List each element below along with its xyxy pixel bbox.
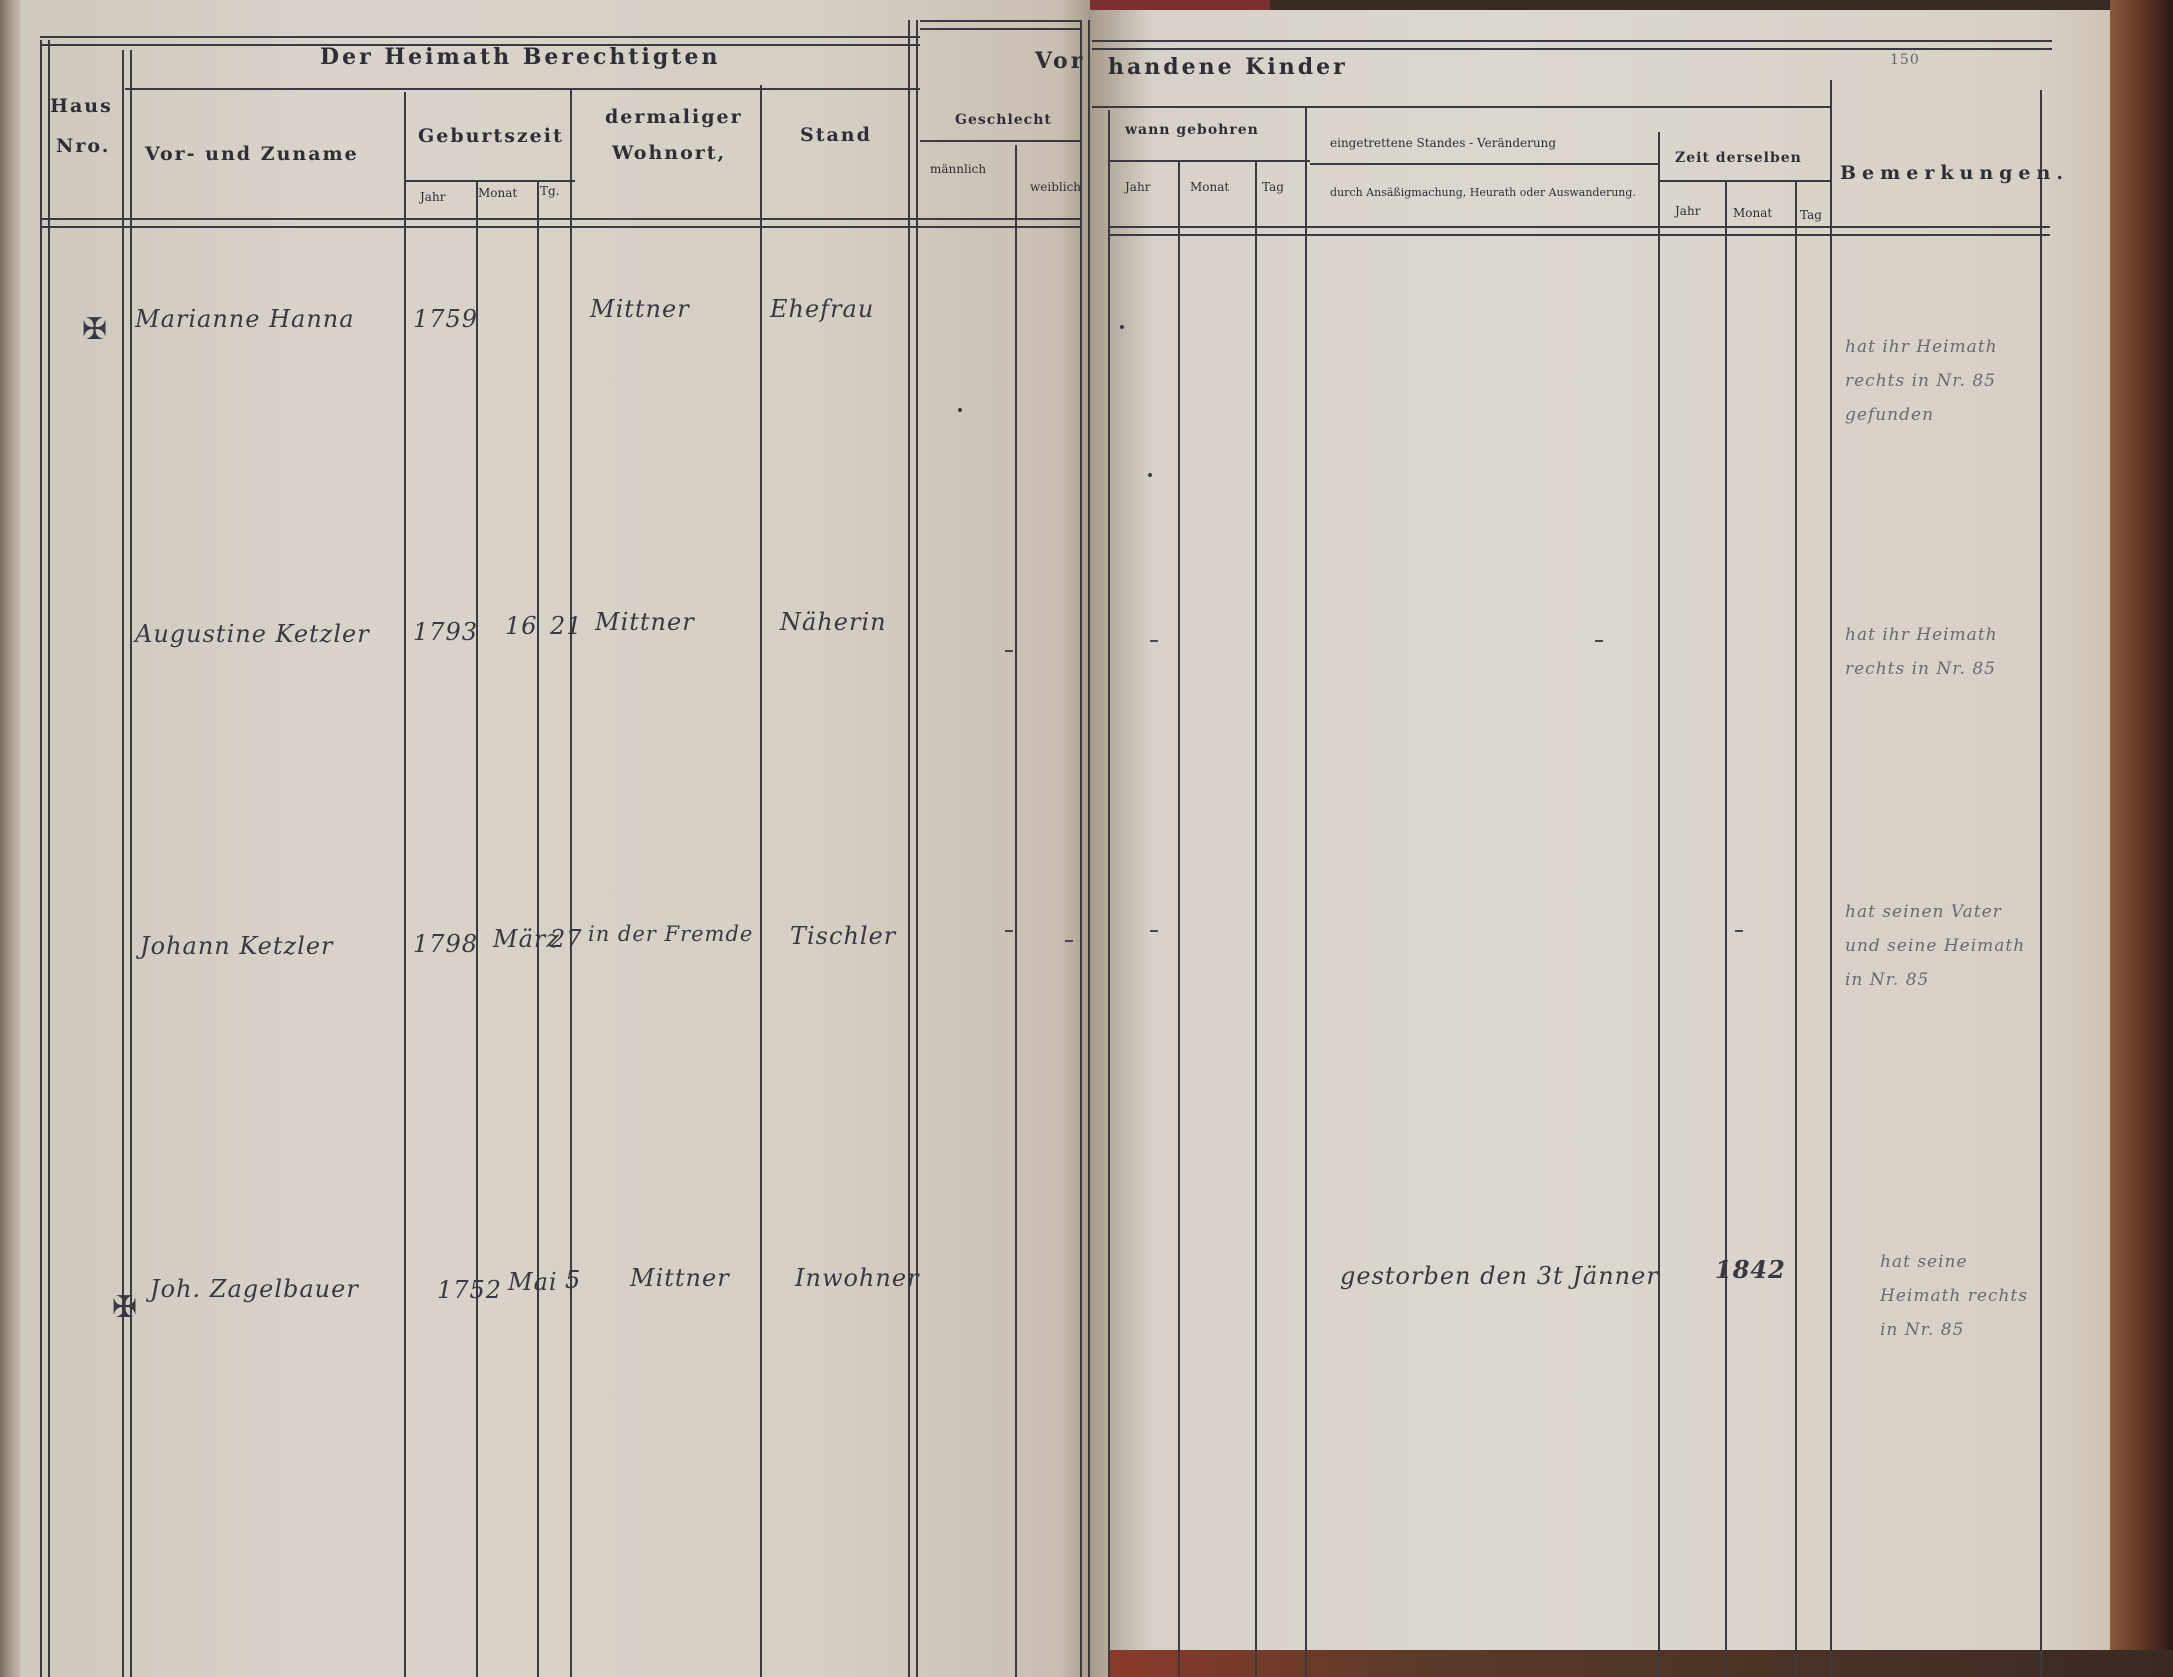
ditto-dash: [1150, 930, 1158, 932]
entry-name: Marianne Hanna: [135, 305, 355, 333]
entry-birth-month: 16: [505, 612, 538, 640]
entry-birth-day: 27: [550, 925, 583, 953]
entry-residence: Mittner: [595, 608, 695, 636]
entry-remark: hat ihr Heimath rechts in Nr. 85: [1845, 618, 2035, 686]
entry-status: Ehefrau: [770, 295, 874, 323]
header-geburtszeit: Geburtszeit: [418, 125, 564, 147]
entry-name: Johann Ketzler: [140, 932, 334, 960]
ditto-dash: [1150, 640, 1158, 642]
header-zeit-derselben: Zeit derselben: [1675, 150, 1802, 166]
wann-sub-rule: [1110, 160, 1310, 162]
header-bemerkungen: Bemerkungen.: [1840, 162, 2069, 184]
table-surface: [1110, 1650, 2173, 1677]
col-rule-outer-right: [2040, 90, 2042, 1677]
header-geb-monat: Monat: [478, 186, 517, 200]
header-veraenderung-sub: durch Ansäßigmachung, Heurath oder Auswa…: [1318, 186, 1648, 199]
geburtszeit-sub-rule: [405, 180, 575, 182]
spread-title-right: handene Kinder: [1108, 54, 1348, 80]
entry-birth-month: Mai: [508, 1268, 558, 1296]
geschlecht-sub-rule: [920, 140, 1080, 142]
header-zeit-jahr: Jahr: [1675, 204, 1700, 218]
col-rule-haus: [122, 50, 132, 1677]
ditto-dash: [1065, 940, 1073, 942]
header-weiblich: weiblich: [1030, 180, 1081, 194]
col-rule-kind-jahr: [1178, 160, 1180, 1677]
col-rule-right-start: [1108, 110, 1110, 1677]
entry-residence: Mittner: [590, 295, 690, 323]
header-wohnort: Wohnort,: [612, 142, 726, 164]
zeit-sub-rule: [1660, 180, 1830, 182]
deceased-cross-icon: ✠: [82, 312, 107, 347]
col-rule-zeit: [1830, 80, 1832, 1677]
entry-status: Inwohner: [795, 1264, 920, 1292]
top-rule-right: [1092, 40, 2052, 50]
col-rule-stand: [908, 20, 918, 1677]
col-rule-jahr: [476, 180, 478, 1677]
header-wann-gebohren: wann gebohren: [1125, 122, 1259, 138]
col-rule-wann: [1305, 108, 1307, 1677]
deceased-cross-icon: ✠: [112, 1290, 137, 1325]
entry-birth-day: 5: [565, 1266, 581, 1294]
ditto-dash: [1735, 930, 1743, 932]
header-geb-jahr: Jahr: [420, 190, 445, 204]
book-cover-edge: [2110, 0, 2173, 1677]
page-number: 150: [1890, 52, 1920, 68]
entry-status: Tischler: [790, 922, 896, 950]
col-rule-veraenderung: [1658, 132, 1660, 1677]
header-geschlecht: Geschlecht: [955, 112, 1052, 128]
col-rule-outer-left: [40, 40, 50, 1677]
top-rule-mid: [920, 20, 1080, 30]
veraenderung-sub-rule: [1310, 163, 1660, 165]
col-rule-name: [404, 92, 406, 1677]
entry-name: Joh. Zagelbauer: [150, 1275, 359, 1303]
title-rule-left: [125, 88, 920, 90]
header-nro: Nro.: [56, 135, 110, 157]
header-bottom-rule-left: [40, 218, 1080, 228]
header-kind-monat: Monat: [1190, 180, 1229, 194]
entry-residence: in der Fremde: [588, 922, 753, 946]
open-register-book: Der Heimath Berechtigten Vor Haus Nro. V…: [0, 0, 2173, 1677]
entry-birth-year: 1798: [413, 930, 478, 958]
header-maennlich: männlich: [930, 162, 986, 176]
ditto-dot: [1120, 325, 1124, 329]
spread-title-left: Der Heimath Berechtigten: [320, 44, 720, 70]
header-haus: Haus: [50, 95, 113, 117]
entry-change-year: 1842: [1715, 1255, 1786, 1284]
entry-remark: hat seinen Vater und seine Heimath in Nr…: [1845, 895, 2035, 997]
entry-birth-year: 1759: [413, 305, 478, 333]
col-rule-kind-monat: [1255, 160, 1257, 1677]
entry-remark: hat seine Heimath rechts in Nr. 85: [1880, 1245, 2040, 1347]
entry-name: Augustine Ketzler: [135, 620, 370, 648]
header-stand: Stand: [800, 124, 872, 146]
col-rule-geburt: [570, 88, 572, 1677]
col-rule-maennlich: [1015, 145, 1017, 1677]
header-standes-veraenderung: eingetrettene Standes - Veränderung: [1330, 136, 1556, 150]
entry-status-change: gestorben den 3t Jänner: [1340, 1262, 1659, 1290]
spread-title-vor: Vor: [1035, 48, 1085, 74]
col-rule-zeit-jahr: [1725, 180, 1727, 1677]
header-name: Vor- und Zuname: [145, 143, 359, 165]
entry-birth-day: 21: [550, 612, 583, 640]
entry-status: Näherin: [780, 608, 887, 636]
entry-birth-year: 1752: [437, 1276, 502, 1304]
header-zeit-monat: Monat: [1733, 206, 1772, 220]
ditto-dot: [1148, 473, 1152, 477]
header-kind-tag: Tag: [1262, 180, 1284, 194]
header-geb-tag: Tg.: [540, 184, 560, 198]
entry-residence: Mittner: [630, 1264, 730, 1292]
gutter-rule: [1080, 20, 1090, 1677]
entry-birth-year: 1793: [413, 618, 478, 646]
ditto-dash: [1005, 930, 1013, 932]
header-kind-jahr: Jahr: [1125, 180, 1150, 194]
entry-remark: hat ihr Heimath rechts in Nr. 85 gefunde…: [1845, 330, 2035, 432]
header-dermaliger: dermaliger: [605, 106, 743, 128]
header-zeit-tag: Tag: [1800, 208, 1822, 222]
col-rule-zeit-monat: [1795, 180, 1797, 1677]
title-rule-right: [1092, 106, 1832, 108]
ditto-dash: [1005, 650, 1013, 652]
col-rule-wohnort: [760, 85, 762, 1677]
left-page: [20, 0, 1090, 1677]
ditto-dot: [958, 408, 962, 412]
ditto-dash: [1595, 640, 1603, 642]
header-bottom-rule-right: [1110, 226, 2050, 236]
right-page: [1088, 10, 2138, 1677]
